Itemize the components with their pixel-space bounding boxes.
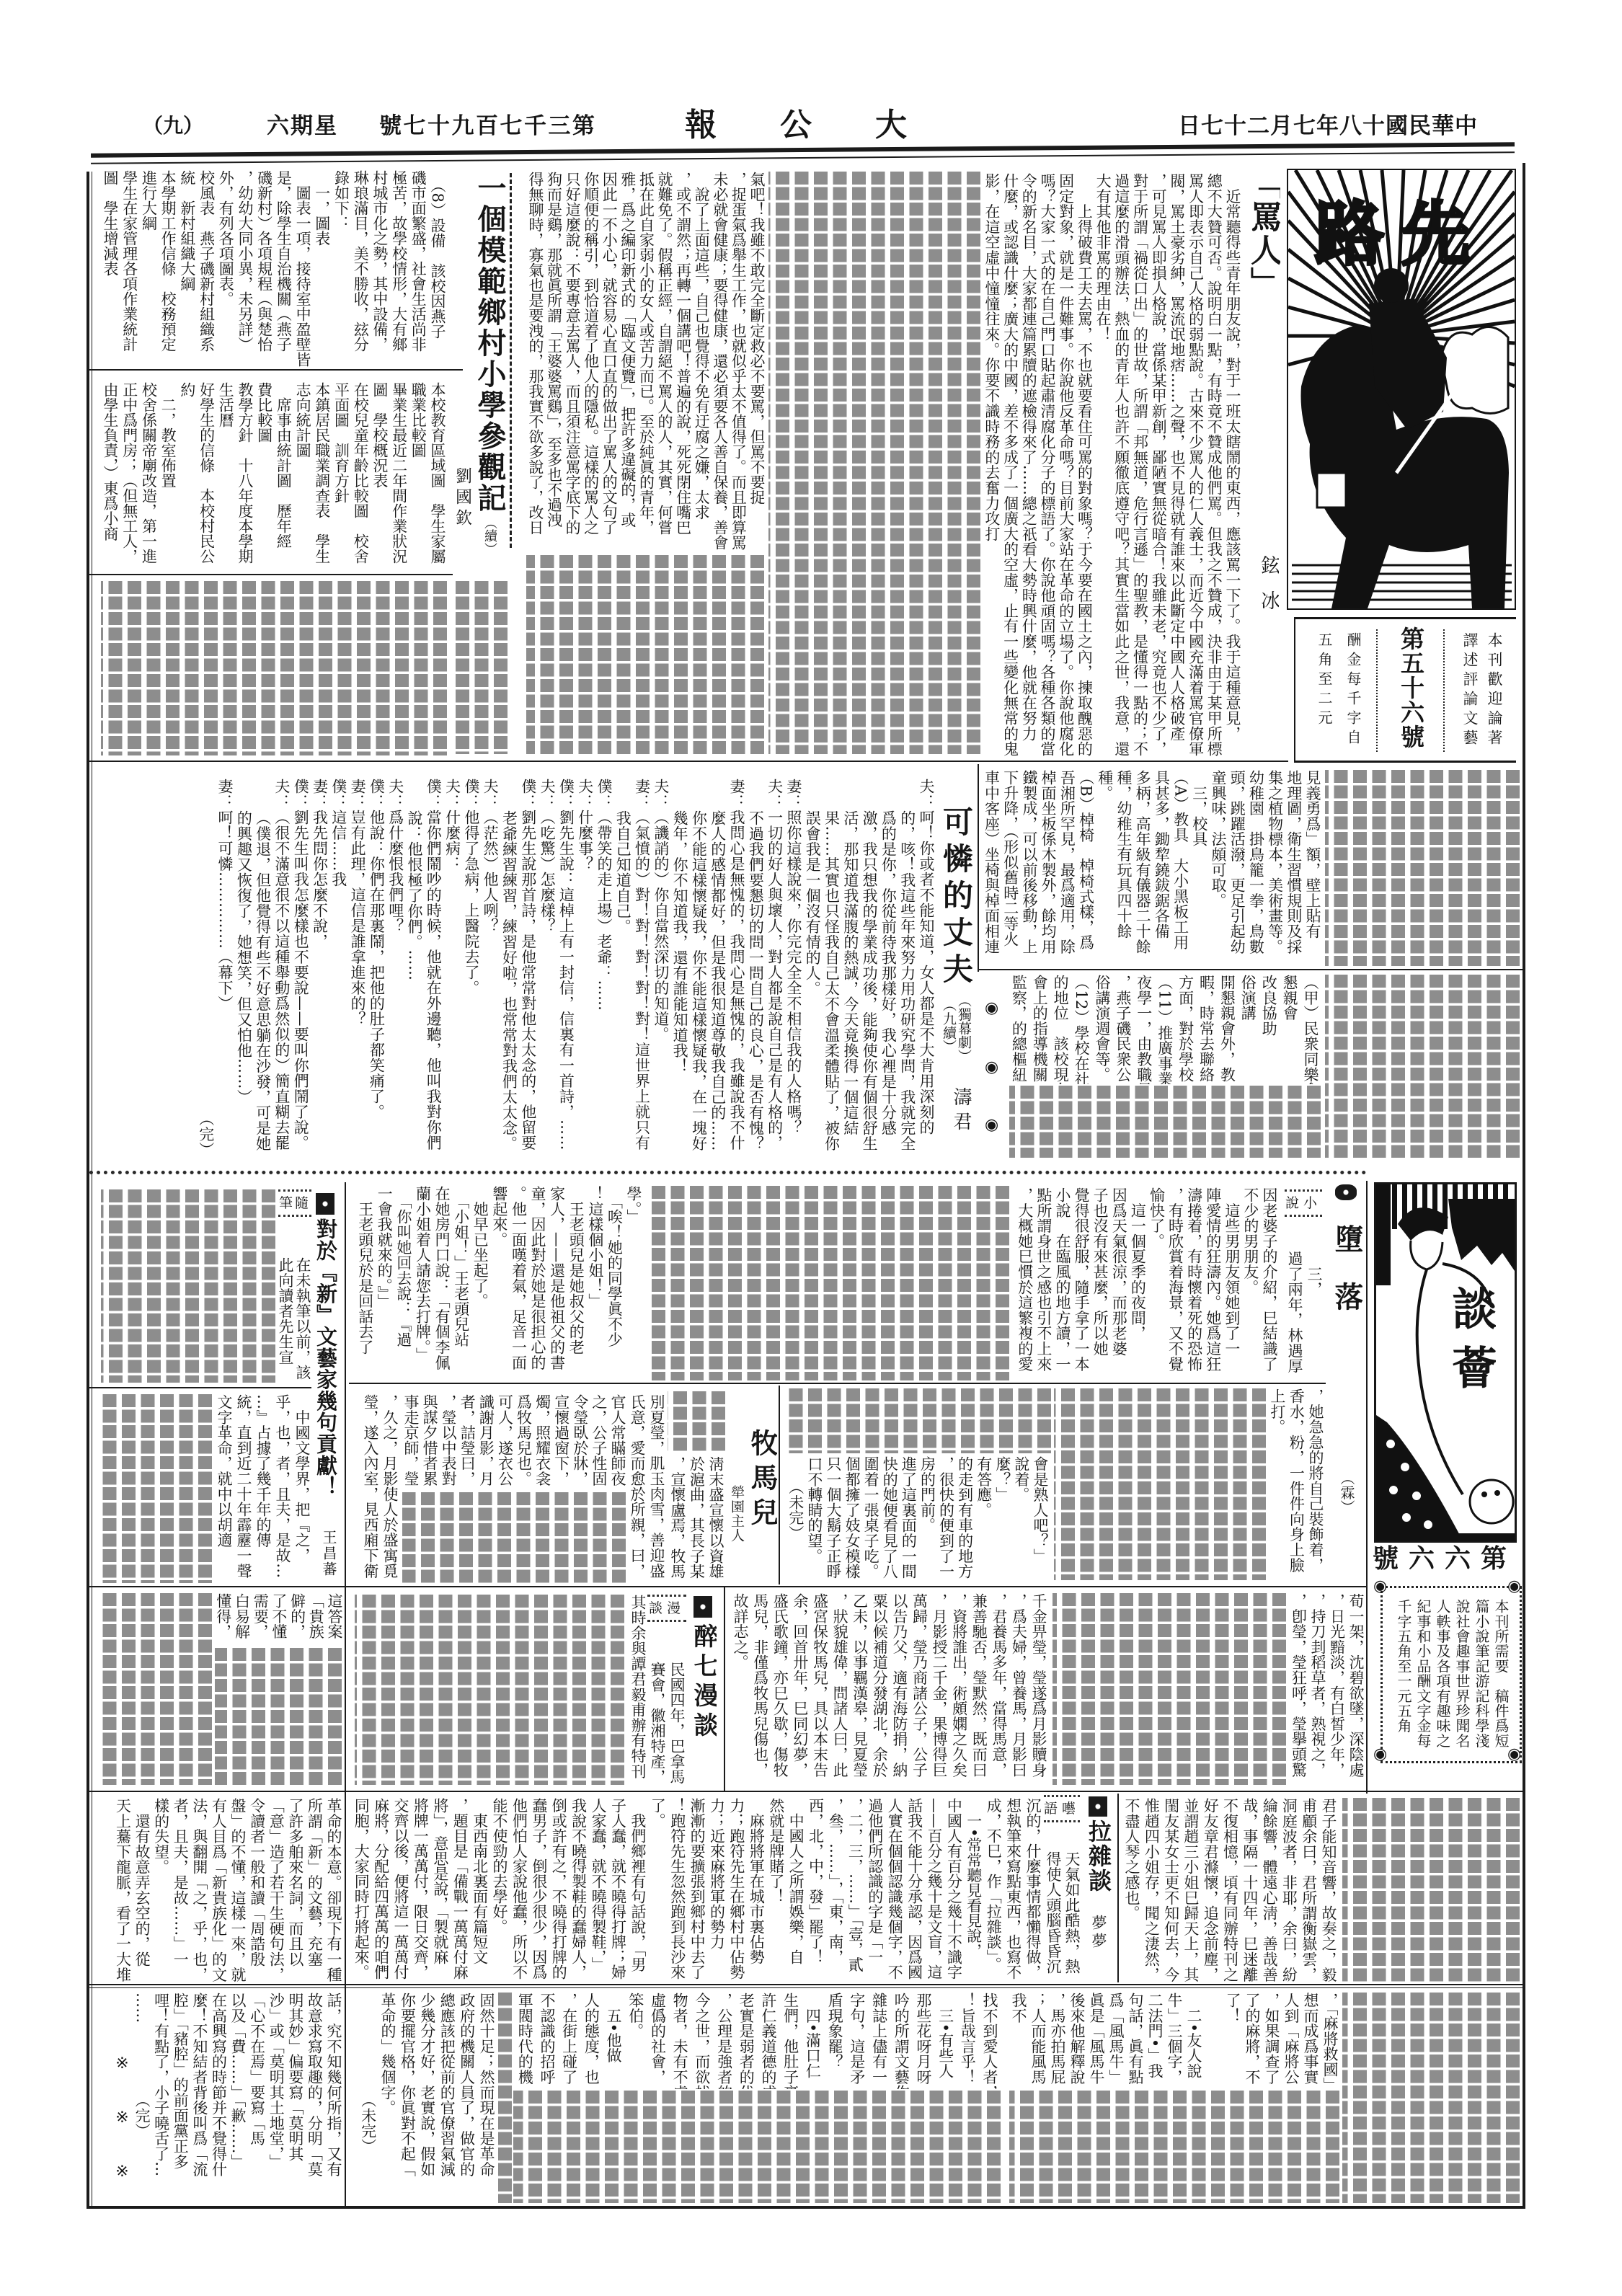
header-rule-thick <box>91 142 1515 158</box>
dialogue-line: 妻：豈有此理，這信是誰拿進來的？ <box>348 779 367 1157</box>
divider <box>89 761 1288 762</box>
figure-face <box>1411 1241 1442 1269</box>
bullet-ornament: ◉ <box>985 1001 998 1016</box>
bullet-ornament: ◉ <box>985 1117 998 1133</box>
supplement-notice-box: 本刊歡迎論著 譯述評論文藝 第五十六號 酬金每千字自 五角至二元 <box>1294 617 1516 763</box>
pitiful-husband-author: 濤君 <box>950 1087 972 1156</box>
dialogue-line: 夫：什麼事？ <box>575 779 594 1157</box>
dialogue-line: 夫：呵！你或者不能知道，女人都是不大肯用深刻的的，咳！我這些年來努力用功研究學問… <box>803 779 936 1157</box>
miscellany-author: 夢夢 <box>1090 1915 1107 1961</box>
horse-boy-text: 荀一架，沈碧欲墜，深陰處 ，日光黯淡，有白皙少年， ，持刀刲稻草者，熟視之， ，… <box>1289 1593 1365 1785</box>
column-rule <box>724 1587 725 1792</box>
illegible-text-columns <box>1009 2091 1339 2203</box>
degeneration-text: 因老婆子的介紹，巳結識了 不少的男朋友。 這些男朋友領她到了一 陣愛情的狂濤內。… <box>1015 1187 1279 1378</box>
divider <box>89 1387 311 1388</box>
frame-bottom <box>87 2206 1525 2209</box>
scolding-article-author: 鉉冰 <box>1257 555 1279 656</box>
school-article-title: 一個模範鄉村小學參觀記 <box>473 173 506 519</box>
dialogue-line: 夫：（譏誚的）你自當然深切的知道。 <box>652 779 670 1157</box>
wavy-divider <box>1376 629 1378 752</box>
road-sign <box>1317 473 1346 507</box>
column-rule <box>978 764 979 972</box>
frame-left <box>87 172 89 2209</box>
scolding-continuation-text: 氣吧！我雖不敢完全斷定救必不要罵，但罵不要捉 ，捉蛋氣爲舉生工作，也就似乎太不值… <box>525 172 766 552</box>
illegible-text-columns <box>355 1595 624 1785</box>
issue-number: 第三千七百九十七號 <box>379 114 597 138</box>
column-rule <box>1366 1181 1368 1794</box>
school-charts-list: 本校教育區域圖 學生家屬 職業比較圖 畢業生最近二年間作業狀況 圖 學校概況表 … <box>99 382 447 571</box>
miscellany-text-ending: 固然十足；然而現在是革命 政府的機關人員了，做官的 總應該把從前的官僚習氣減 少… <box>358 1993 496 2204</box>
essay-text: 這答案 「貴族 僻的， 了不懂 需要， 白易解 懂得， <box>213 1593 343 1645</box>
talk-collection-title: 談薈 <box>1445 1285 1496 1422</box>
small-face <box>1470 1480 1513 1523</box>
dialogue-line: 妻：（氣憤的）對！對！對！對！對！這世界上就只有我自己知道自己。 <box>613 779 652 1157</box>
drunk-talk-text-ending: 君子能知音響，故奏之，毅 甫顧余曰，君所謂衡嶽雲， 洞庭波者，非耶，余曰，紛 綸… <box>1122 1798 1338 1984</box>
essay-text: 中國文學界，把『之， 乎，也，者，且夫，是故… …』占據了幾千年的傳 統，直到近… <box>213 1394 311 1584</box>
illegible-text-columns <box>1052 1593 1286 1785</box>
illegible-text-columns <box>1325 770 1520 966</box>
dialogue-line: 妻：我問心是無愧的，我問心是無愧的，我雖說我不什麼人的感情都好，但是我很知道尊敬… <box>670 779 746 1157</box>
notice-contributions-welcome: 本刊歡迎論著 <box>1485 632 1504 755</box>
miscellany-text: 沉的，什麼事情都懶得做， 想執筆來寫點東西，也寫不 成，不巳，作「拉雜談」。 一… <box>350 1798 1042 1984</box>
patterned-cloth <box>1376 1415 1463 1541</box>
illegible-text-columns <box>101 1189 275 1383</box>
dialogue-line: 僕：他得了急病，上醫院去了。 <box>462 779 481 1157</box>
newspaper-page: （九） 星期六 第三千七百九十七號 大公報 中華民國十八年七月二十七日 （8）設… <box>0 0 1622 2296</box>
miscellany-text: ，「麻將救國」 想而成爲事實 人到「麻將公 ，如果調查了 了的麻將，不 了！ 二… <box>1008 1993 1339 2089</box>
divider <box>89 1586 1367 1587</box>
essay-title-ornament <box>316 1193 334 1215</box>
drunk-talk-text: 其時余與譚君毅甫辦有特刊 <box>627 1595 647 1786</box>
novel-section-label: 小說 <box>1285 1189 1322 1217</box>
dialogue-line: 僕：劉先生說那首詩，是他常常對他太太念的，他留要老爺練習練習，練習好啦，也常常對… <box>500 779 538 1157</box>
small-face-eye <box>1481 1491 1487 1497</box>
degeneration-title: 墮落 <box>1331 1224 1362 1325</box>
left-curtain <box>1376 1184 1391 1285</box>
publication-date: 中華民國十八年七月二十七日 <box>1178 114 1478 138</box>
horse-boy-text: 別夏瑩，肌玉肉雪，善迎盛 氏意，愛而愈於所親，曰， <box>627 1394 666 1583</box>
divider <box>89 1984 1524 1985</box>
dialogue-line: 夫：（吃驚）怎麼樣？ <box>538 779 557 1157</box>
notice-payment-rate: 酬金每千字自 <box>1344 632 1362 755</box>
novel-title-ornament <box>1335 1184 1357 1200</box>
corner-ornament: ◉ <box>1507 1579 1521 1595</box>
notice-contribution-types: 譯述評論文藝 <box>1461 632 1479 755</box>
essay-text-ending: 話，究不知幾何所指，又有 故意求寫取趣的，分明「莫 明其妙」偏要寫「莫明其 沙」… <box>133 1993 343 2206</box>
essay-text: 在未執筆以前，該 此向讀者先生宣 <box>277 1257 311 1384</box>
dialogue-line: 夫：爲什麼恨我們哩？ <box>386 779 404 1157</box>
essay-author: 王昌蕃 <box>320 1530 337 1577</box>
dialogue-line: 妻：照你這樣說來，你完完全全不相信我的人格嗎？ <box>784 779 803 1157</box>
horse-boy-author: 犖園主人 <box>728 1485 745 1550</box>
illegible-text-columns <box>1342 1993 1520 2203</box>
ornamental-divider <box>89 1171 1367 1174</box>
school-extension-text: （甲）民衆同樂會 懇親會 改良協助 俗演講 開懇親會外，教 暇，時常去聯絡 方面… <box>1008 975 1321 1084</box>
drunk-title-ornament <box>693 1596 712 1618</box>
illegible-text-columns <box>215 1648 342 1785</box>
essay-section-label: 隨筆 <box>278 1189 311 1217</box>
column-rule <box>779 1386 780 1584</box>
illegible-text-columns <box>668 1391 725 1453</box>
column-rule <box>1117 1794 1119 1982</box>
school-section-8-equipment: （8）設備 該校因燕子 磯市面繁盛，社會生活尚非 極苦，故學校情形，大有鄉 村城… <box>99 170 447 368</box>
end-mark: （完） <box>196 779 215 1157</box>
dialogue-line: 僕：劉先生說：這棹上有一封信，信裏有一首詩，…… <box>557 779 575 1157</box>
miscellany-title-ornament <box>1089 1796 1107 1817</box>
illegible-text-columns <box>513 2091 1001 2203</box>
illegible-text-columns <box>453 581 508 754</box>
scolding-article-title: 「罵人」 <box>1246 167 1280 294</box>
degeneration-opening: 三， 過了兩年，林遇厚 <box>1282 1251 1324 1375</box>
divider <box>978 969 1524 970</box>
frame-left-thin <box>92 172 92 2209</box>
bullet-ornament: ◉ <box>985 1060 998 1076</box>
drunk-section-label: 漫談 <box>647 1595 686 1622</box>
cloud-shape <box>1441 327 1508 413</box>
illegible-text-columns <box>768 172 980 754</box>
degeneration-text-ending: 會是熟人吧？」 說着。 麼？」 有答應。 的走到有車的地方 ，很快的便到了一 房… <box>786 1456 1050 1583</box>
notice-payment-range: 五角至二元 <box>1315 632 1334 755</box>
supplement-issue-number: 第五十六號 <box>1395 626 1427 756</box>
dialogue-line: 妻：我先問你怎麼不說， <box>310 779 329 1157</box>
miscellany-section-label: 囈語 <box>1044 1795 1080 1822</box>
illegible-text-columns <box>526 555 764 754</box>
illegible-text-columns <box>1009 1086 1321 1158</box>
corner-ornament: ◉ <box>1373 1747 1387 1763</box>
talk-collection-notice-text: 本刊所需要 稿件爲短 篇小說筆記游記科學淺 說社會趣事世界珍聞名 人軼事及各項有… <box>1393 1599 1510 1752</box>
frame-right <box>1523 163 1525 2209</box>
miscellany-title: 拉雜談 <box>1086 1819 1112 1900</box>
horse-boy-title: 牧馬兒 <box>747 1429 777 1537</box>
scolding-article-text: 近常聽得些青年朋友說，對于一班太瞎鬧的東西，應該罵一下了。我于這種意見， 總不大… <box>982 173 1241 758</box>
dialogue-line: 僕：（帶笑的走上場）老爺：…… <box>595 779 613 1157</box>
degeneration-text: ，她急急的將自己裝飾着， 香水，粉，一件件向身上臉 上打。 <box>1267 1388 1325 1580</box>
pitiful-husband-dialogue: 夫：呵！你或者不能知道，女人都是不大肯用深刻的的，咳！我這些年來努力用功研究學問… <box>95 779 936 1157</box>
pitiful-husband-installment: （九續） <box>941 998 957 1064</box>
dialogue-line: 僕：這信……我 <box>329 779 348 1157</box>
illegible-text-columns <box>402 1492 626 1583</box>
dialogue-line: 僕：當你們鬧吵的時候，他就在外邊聽，他叫我對你們說：他恨極了你們。…… <box>405 779 443 1157</box>
horseman-illustration: 先路 <box>1288 170 1515 608</box>
dialogue-line: 夫：什麼病： <box>443 779 461 1157</box>
dialogue-line: 夫：一切的好人與壞人，對人都是說自己是有人格的，不過我們要懇切的問一問自己的良心… <box>746 779 784 1157</box>
dialogue-line: 僕：劉先生叫我怎麼樣也不要說——要叫你們鬧了說。 <box>291 779 310 1157</box>
wavy-divider <box>1443 629 1445 752</box>
school-article-continued-mark: （續） <box>477 516 502 558</box>
essay-title: 對於『新』文藝家幾句貢獻！ <box>314 1218 337 1501</box>
illegible-text-columns <box>101 581 447 755</box>
illegible-text-columns <box>1054 1388 1266 1580</box>
weekday: 星期六 <box>267 114 338 138</box>
illegible-text-columns <box>497 1993 512 2203</box>
miscellany-text: 找不到愛人者， ！旨哉言乎！ 三•有些人 那些花呀月呀 吟的所謂文藝作 雜誌上儘… <box>513 1993 1001 2089</box>
illegible-text-columns <box>101 1593 212 1785</box>
essay-text: 革命的本意。卻現下有一種 所謂「新」的文藝，充塞 了許多舶來名詞，而且以 「意」… <box>112 1798 343 1982</box>
horse-boy-text: 淸末盛宣懷以資雄 於滬曲，其長子某 ，宣懷盧焉，牧馬 <box>668 1456 725 1583</box>
bottom-band <box>1376 1533 1515 1541</box>
horse-boy-text-ending: 千金畀瑩，瑩遂爲月影贖身 ，爲夫婦，曾養馬，月影曰 ，君養馬多年，當得馬意， 兼… <box>730 1593 1048 1785</box>
school-classrooms-text: 見義勇爲」額，壁上貼有 地理圖，衛生習慣規則及採 集之植物標本，美術畫等。 幼稚… <box>982 770 1322 967</box>
illegible-text-columns <box>1342 1798 1520 1982</box>
pitiful-husband-genre: （獨幕劇） <box>956 993 972 1074</box>
pioneer-illustration: 先路 <box>1287 169 1516 610</box>
talk-collection-issue-number: 第六六號 <box>1374 1545 1517 1574</box>
dialogue-line: 夫：（很不滿意很不以這種舉動爲然似的）簡直糊去罷（僕退，但他覺得有些不好意思躺在… <box>234 779 291 1157</box>
corner-ornament: ◉ <box>1373 1579 1387 1595</box>
essay-end-marks: ※ ※ ※ <box>112 2055 131 2191</box>
dialogue-line: 妻：呵！可憐……………（幕下） <box>216 779 234 1157</box>
talk-collection-notice-box: ◉ ◉ ◉ ◉ 本刊所需要 稿件爲短 篇小說筆記游記科學淺 說社會趣事世界珍聞名… <box>1381 1586 1522 1763</box>
rider-head <box>1374 268 1409 303</box>
divider <box>89 369 463 371</box>
illegible-text-columns <box>786 1388 1051 1453</box>
horse-boy-text: ，久之，月影使人於盛寓覓 瑩，遂入內室，見西廂下衛 <box>358 1394 399 1583</box>
degeneration-text: 學。」 「唉！她的同學眞不少 ！這樣個小姐！」 王老頭兒是她叔父的老 家人，——… <box>355 1186 643 1385</box>
degeneration-author: （霖） <box>1338 1471 1355 1517</box>
illegible-text-columns <box>1325 975 1520 1158</box>
dialogue-line: 僕：他說：你們在那裏鬧，把他的肚子都笑痛了。 <box>367 779 386 1157</box>
talk-collection-illustration: 談薈 <box>1374 1182 1517 1543</box>
divider <box>89 1791 1524 1792</box>
pioneer-title: 先路 <box>1315 193 1488 275</box>
dashed-column-rule <box>510 173 512 548</box>
small-face-eye <box>1494 1490 1500 1496</box>
divider <box>89 1987 1524 1988</box>
school-article-author: 劉國欽 <box>452 467 472 539</box>
miscellany-text: 天氣如此酷熱，熱 得使人頭腦昏昏沉 <box>1044 1851 1081 1981</box>
dialogue-line: 夫：（茫然）他人咧？ <box>481 779 500 1157</box>
illegible-text-columns <box>101 1394 212 1583</box>
column-rule <box>345 1182 346 2207</box>
pitiful-husband-title: 可憐的丈夫 <box>939 806 972 995</box>
roof-shape <box>1448 1199 1515 1271</box>
drunk-talk-text: 民國四年，巴拿馬 賽會，徽湘特產， <box>647 1662 686 1786</box>
page-number: （九） <box>143 115 203 138</box>
divider <box>89 574 453 575</box>
drunk-talk-title: 醉七漫談 <box>691 1623 717 1750</box>
horse-boy-text: 官人常瞞師夜 之，公子性固 令瑩臥於牀， 宣懷過窗下， 燭，照耀衣衾 爲牧馬兒也… <box>401 1394 627 1489</box>
divider <box>349 1383 1326 1384</box>
masthead: 大公報 <box>685 108 970 143</box>
illegible-text-columns <box>647 1186 1009 1380</box>
